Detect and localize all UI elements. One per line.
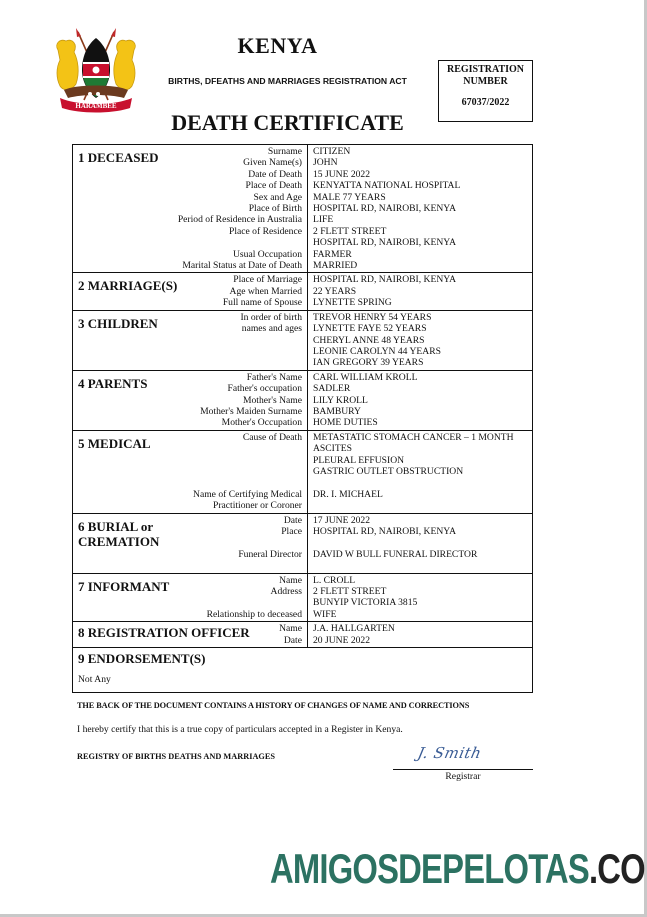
section-children: 3 CHILDREN In order of birth names and a… <box>73 310 532 370</box>
residence-line2-value: HOSPITAL RD, NAIROBI, KENYA <box>313 237 532 248</box>
place-of-marriage-value: HOSPITAL RD, NAIROBI, KENYA <box>313 274 532 285</box>
section-registration-officer: 8 REGISTRATION OFFICER Name Date J.A. HA… <box>73 621 532 647</box>
burial-place-value: HOSPITAL RD, NAIROBI, KENYA <box>313 526 532 537</box>
registrar-label: Registrar <box>393 771 533 782</box>
registrar-signature: J. Smith <box>416 744 483 762</box>
father-occupation-value: SADLER <box>313 383 532 394</box>
act-subtitle: BIRTHS, DFEATHS AND MARRIAGES REGISTRATI… <box>145 76 430 86</box>
informant-address-line2: BUNYIP VICTORIA 3815 <box>313 597 532 608</box>
certificate-table: 1 DECEASED Surname Given Name(s) Date of… <box>72 144 533 693</box>
country-heading: KENYA <box>180 33 375 59</box>
cause-value: ASCITES <box>313 443 532 454</box>
father-name-value: CARL WILLIAM KROLL <box>313 372 532 383</box>
section-title: 9 ENDORSEMENT(S) <box>78 651 206 666</box>
svg-text:HARAMBEE: HARAMBEE <box>75 102 117 110</box>
registration-label-line2: NUMBER <box>439 76 532 88</box>
place-of-death-value: KENYATTA NATIONAL HOSPITAL <box>313 180 532 191</box>
section-title: 1 DECEASED <box>78 150 159 165</box>
occupation-value: FARMER <box>313 249 532 260</box>
section-burial: 6 BURIAL or CREMATION Date Place Funeral… <box>73 513 532 573</box>
section-medical: 5 MEDICAL Cause of Death Name of Certify… <box>73 430 532 513</box>
officer-date-value: 20 JUNE 2022 <box>313 635 532 646</box>
informant-name-value: L. CROLL <box>313 575 532 586</box>
cause-value: GASTRIC OUTLET OBSTRUCTION <box>313 466 532 477</box>
certification-statement: I hereby certify that this is a true cop… <box>77 724 403 735</box>
section-title: 4 PARENTS <box>78 376 147 391</box>
residence-line1-value: 2 FLETT STREET <box>313 226 532 237</box>
registration-number-box: REGISTRATION NUMBER 67037/2022 <box>438 60 533 122</box>
informant-address-line1: 2 FLETT STREET <box>313 586 532 597</box>
registration-label-line1: REGISTRATION <box>439 64 532 76</box>
surname-value: CITIZEN <box>313 146 532 157</box>
child-value: IAN GREGORY 39 YEARS <box>313 357 532 368</box>
registry-name: REGISTRY OF BIRTHS DEATHS AND MARRIAGES <box>77 752 275 761</box>
section-title: 2 MARRIAGE(S) <box>78 278 177 293</box>
watermark-tld: .COM <box>589 845 647 892</box>
section-endorsement: 9 ENDORSEMENT(S) Not Any <box>73 647 532 692</box>
section-title: 7 INFORMANT <box>78 579 169 594</box>
child-value: LYNETTE FAYE 52 YEARS <box>313 323 532 334</box>
deceased-values: CITIZEN JOHN 15 JUNE 2022 KENYATTA NATIO… <box>308 145 532 272</box>
document-title: DEATH CERTIFICATE <box>150 110 425 136</box>
mother-maiden-value: BAMBURY <box>313 406 532 417</box>
child-value: LEONIE CAROLYN 44 YEARS <box>313 346 532 357</box>
place-of-birth-value: HOSPITAL RD, NAIROBI, KENYA <box>313 203 532 214</box>
cause-value: PLEURAL EFFUSION <box>313 455 532 466</box>
section-marriage: 2 MARRIAGE(S) Place of Marriage Age when… <box>73 272 532 309</box>
section-deceased: 1 DECEASED Surname Given Name(s) Date of… <box>73 145 532 272</box>
child-value: TREVOR HENRY 54 YEARS <box>313 312 532 323</box>
child-value: CHERYL ANNE 48 YEARS <box>313 335 532 346</box>
residence-period-value: LIFE <box>313 214 532 225</box>
informant-relationship-value: WIFE <box>313 609 532 620</box>
mother-name-value: LILY KROLL <box>313 395 532 406</box>
back-of-document-note: THE BACK OF THE DOCUMENT CONTAINS A HIST… <box>77 701 469 710</box>
section-informant: 7 INFORMANT Name Address Relationship to… <box>73 573 532 622</box>
given-names-value: JOHN <box>313 157 532 168</box>
sex-age-value: MALE 77 YEARS <box>313 192 532 203</box>
registration-number: 67037/2022 <box>439 97 532 109</box>
watermark-main: AMIGOSDEPELOTAS <box>270 845 589 892</box>
watermark: AMIGOSDEPELOTAS.COM <box>270 845 647 893</box>
age-married-value: 22 YEARS <box>313 286 532 297</box>
burial-date-value: 17 JUNE 2022 <box>313 515 532 526</box>
spouse-name-value: LYNETTE SPRING <box>313 297 532 308</box>
section-title: 6 BURIAL or CREMATION <box>78 519 159 549</box>
endorsement-note: Not Any <box>78 674 111 685</box>
funeral-director-value: DAVID W BULL FUNERAL DIRECTOR <box>313 549 532 560</box>
cause-value: METASTATIC STOMACH CANCER – 1 MONTH <box>313 432 532 443</box>
mother-occupation-value: HOME DUTIES <box>313 417 532 428</box>
section-title: 3 CHILDREN <box>78 316 158 331</box>
section-parents: 4 PARENTS Father's Name Father's occupat… <box>73 370 532 430</box>
section-title: 8 REGISTRATION OFFICER <box>78 625 250 640</box>
officer-name-value: J.A. HALLGARTEN <box>313 623 532 634</box>
certifier-value: DR. I. MICHAEL <box>313 489 532 500</box>
date-of-death-value: 15 JUNE 2022 <box>313 169 532 180</box>
section-title: 5 MEDICAL <box>78 436 151 451</box>
kenya-coat-of-arms-icon: HARAMBEE <box>50 28 142 114</box>
marital-status-value: MARRIED <box>313 260 532 271</box>
